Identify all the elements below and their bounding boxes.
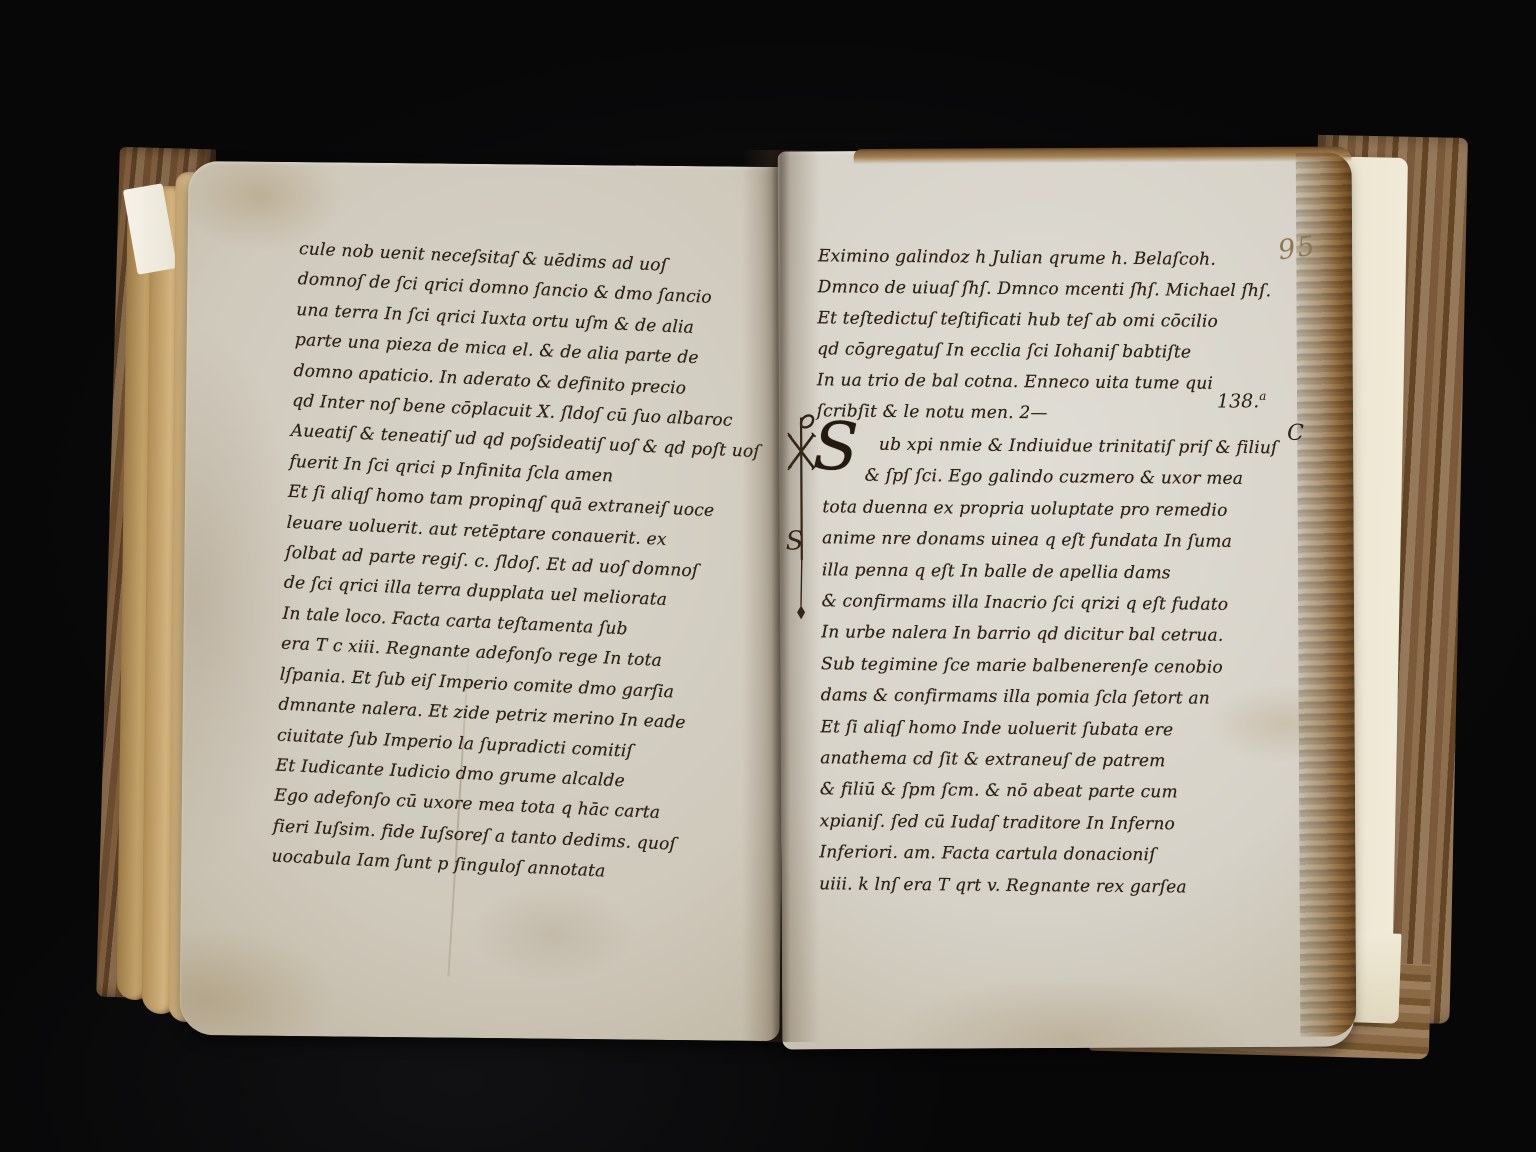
manuscript-text-line: dams & confirmams illa pomia ſcla ſetort… <box>821 681 1297 717</box>
darkened-top-edge <box>854 146 1352 164</box>
manuscript-text-line: & ſpſ ſci. Ego galindo cuzmero & uxor me… <box>823 461 1299 497</box>
charter-number: 138. <box>1217 390 1259 412</box>
left-parchment-page: cule nob uenit neceſsitaſ & uēdims ad uo… <box>179 161 788 1041</box>
manuscript-text-line: illa penna q eſt In balle de apellia dam… <box>822 555 1298 591</box>
manuscript-text-line: Et ſi aliqſ homo Inde uoluerit ſubata er… <box>820 712 1296 748</box>
manuscript-text-line: qd cōgregatuſ In ecclia ſci Iohaniſ babt… <box>817 334 1293 369</box>
manuscript-text-line: Dmnco de uiuaſ ſhſ. Dmnco mcenti ſhſ. Mi… <box>818 272 1294 307</box>
manuscript-text-line: In urbe nalera In barrio qd dicitur bal … <box>821 618 1297 654</box>
manuscript-text-line: & confirmams illa Inacrio ſci qrizi q eſ… <box>821 586 1297 622</box>
darkened-right-edge <box>1296 152 1357 1036</box>
charter-number-annotation: 138.a <box>1217 389 1267 413</box>
charter-number-superscript: a <box>1259 389 1266 403</box>
manuscript-text-line: & filiū & ſpm ſcm. & nō abeat parte cum <box>820 775 1296 811</box>
manuscript-text-line: Et teſtedictuſ teſtificati hub teſ ab om… <box>817 303 1293 338</box>
manuscript-text-line: Sub tegimine ſce marie balbenerenſe ceno… <box>821 649 1297 685</box>
manuscript-text-line: Inferiori. am. Facta cartula donacioniſ <box>819 838 1295 874</box>
left-page-text-block: cule nob uenit neceſsitaſ & uēdims ad uo… <box>271 234 775 893</box>
manuscript-text-line: anathema cd ſit & extraneuſ de patrem <box>820 743 1296 779</box>
svg-text:S: S <box>786 526 804 556</box>
manuscript-text-line: Eximino galindoz h Julian qrume h. Belaſ… <box>818 241 1294 276</box>
manuscript-text-line: ub xpi nmie & Indiuidue trinitatiſ priſ … <box>823 429 1299 465</box>
photo-scene: cule nob uenit neceſsitaſ & uēdims ad uo… <box>0 0 1536 1152</box>
manuscript-text-line: anime nre donams uinea q eſt fundata In … <box>822 523 1298 559</box>
manuscript-text-line: tota duenna ex propria uoluptate pro rem… <box>822 492 1298 528</box>
charter-text-block: ub xpi nmie & Indiuidue trinitatiſ priſ … <box>819 429 1299 904</box>
right-parchment-page: 95 Eximino galindoz h Julian qrume h. Be… <box>778 149 1355 1050</box>
manuscript-text-line: uiii. k lnſ era T qrt v. Regnante rex ga… <box>819 869 1295 905</box>
manuscript-text-line: xpianiſ. ſed cū Iudaſ traditore In Infer… <box>820 806 1296 842</box>
